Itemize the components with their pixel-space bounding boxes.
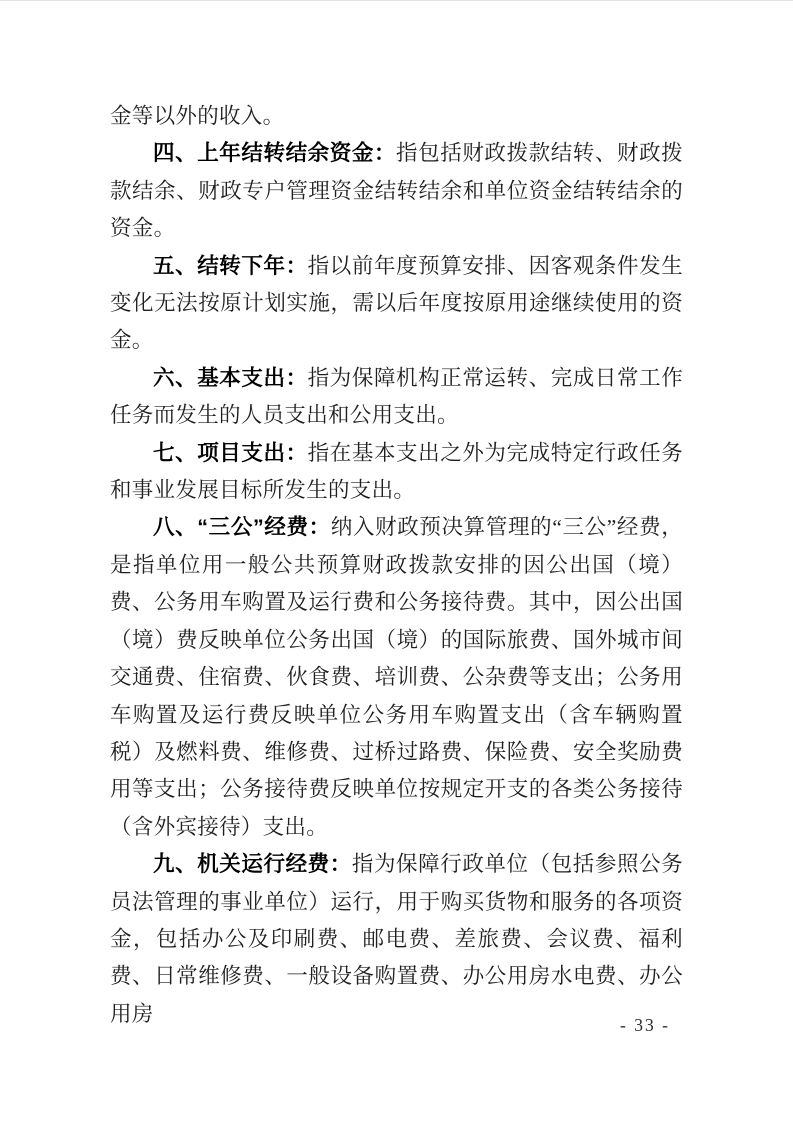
term-paragraph-three-public-funds: 八、“三公”经费：纳入财政预决算管理的“三公”经费，是指单位用一般公共预算财政拨…	[110, 509, 683, 846]
term-label: 六、基本支出：	[153, 366, 308, 390]
term-label: 四、上年结转结余资金：	[153, 141, 396, 165]
page-body-text: 金等以外的收入。 四、上年结转结余资金：指包括财政拨款结转、财政拨款结余、财政专…	[110, 98, 683, 1033]
term-paragraph-carryover-funds: 四、上年结转结余资金：指包括财政拨款结转、财政拨款结余、财政专户管理资金结转结余…	[110, 135, 683, 247]
term-paragraph-basic-expenditure: 六、基本支出：指为保障机构正常运转、完成日常工作任务而发生的人员支出和公用支出。	[110, 360, 683, 435]
term-label: 五、结转下年：	[153, 254, 308, 278]
term-label: 九、机关运行经费：	[153, 852, 352, 876]
term-label: 八、“三公”经费：	[153, 515, 331, 539]
term-paragraph-carry-forward: 五、结转下年：指以前年度预算安排、因客观条件发生变化无法按原计划实施，需以后年度…	[110, 248, 683, 360]
document-page: 金等以外的收入。 四、上年结转结余资金：指包括财政拨款结转、财政拨款结余、财政专…	[0, 0, 793, 1123]
term-label: 七、项目支出：	[153, 441, 308, 465]
page-number: - 33 -	[610, 1015, 680, 1036]
term-paragraph-project-expenditure: 七、项目支出：指在基本支出之外为完成特定行政任务和事业发展目标所发生的支出。	[110, 435, 683, 510]
term-definition: 纳入财政预决算管理的“三公”经费，是指单位用一般公共预算财政拨款安排的因公出国（…	[110, 515, 683, 838]
paragraph-continuation: 金等以外的收入。	[110, 98, 683, 135]
term-definition: 指为保障行政单位（包括参照公务员法管理的事业单位）运行，用于购买货物和服务的各项…	[110, 852, 683, 1026]
term-paragraph-agency-operating-funds: 九、机关运行经费：指为保障行政单位（包括参照公务员法管理的事业单位）运行，用于购…	[110, 846, 683, 1033]
